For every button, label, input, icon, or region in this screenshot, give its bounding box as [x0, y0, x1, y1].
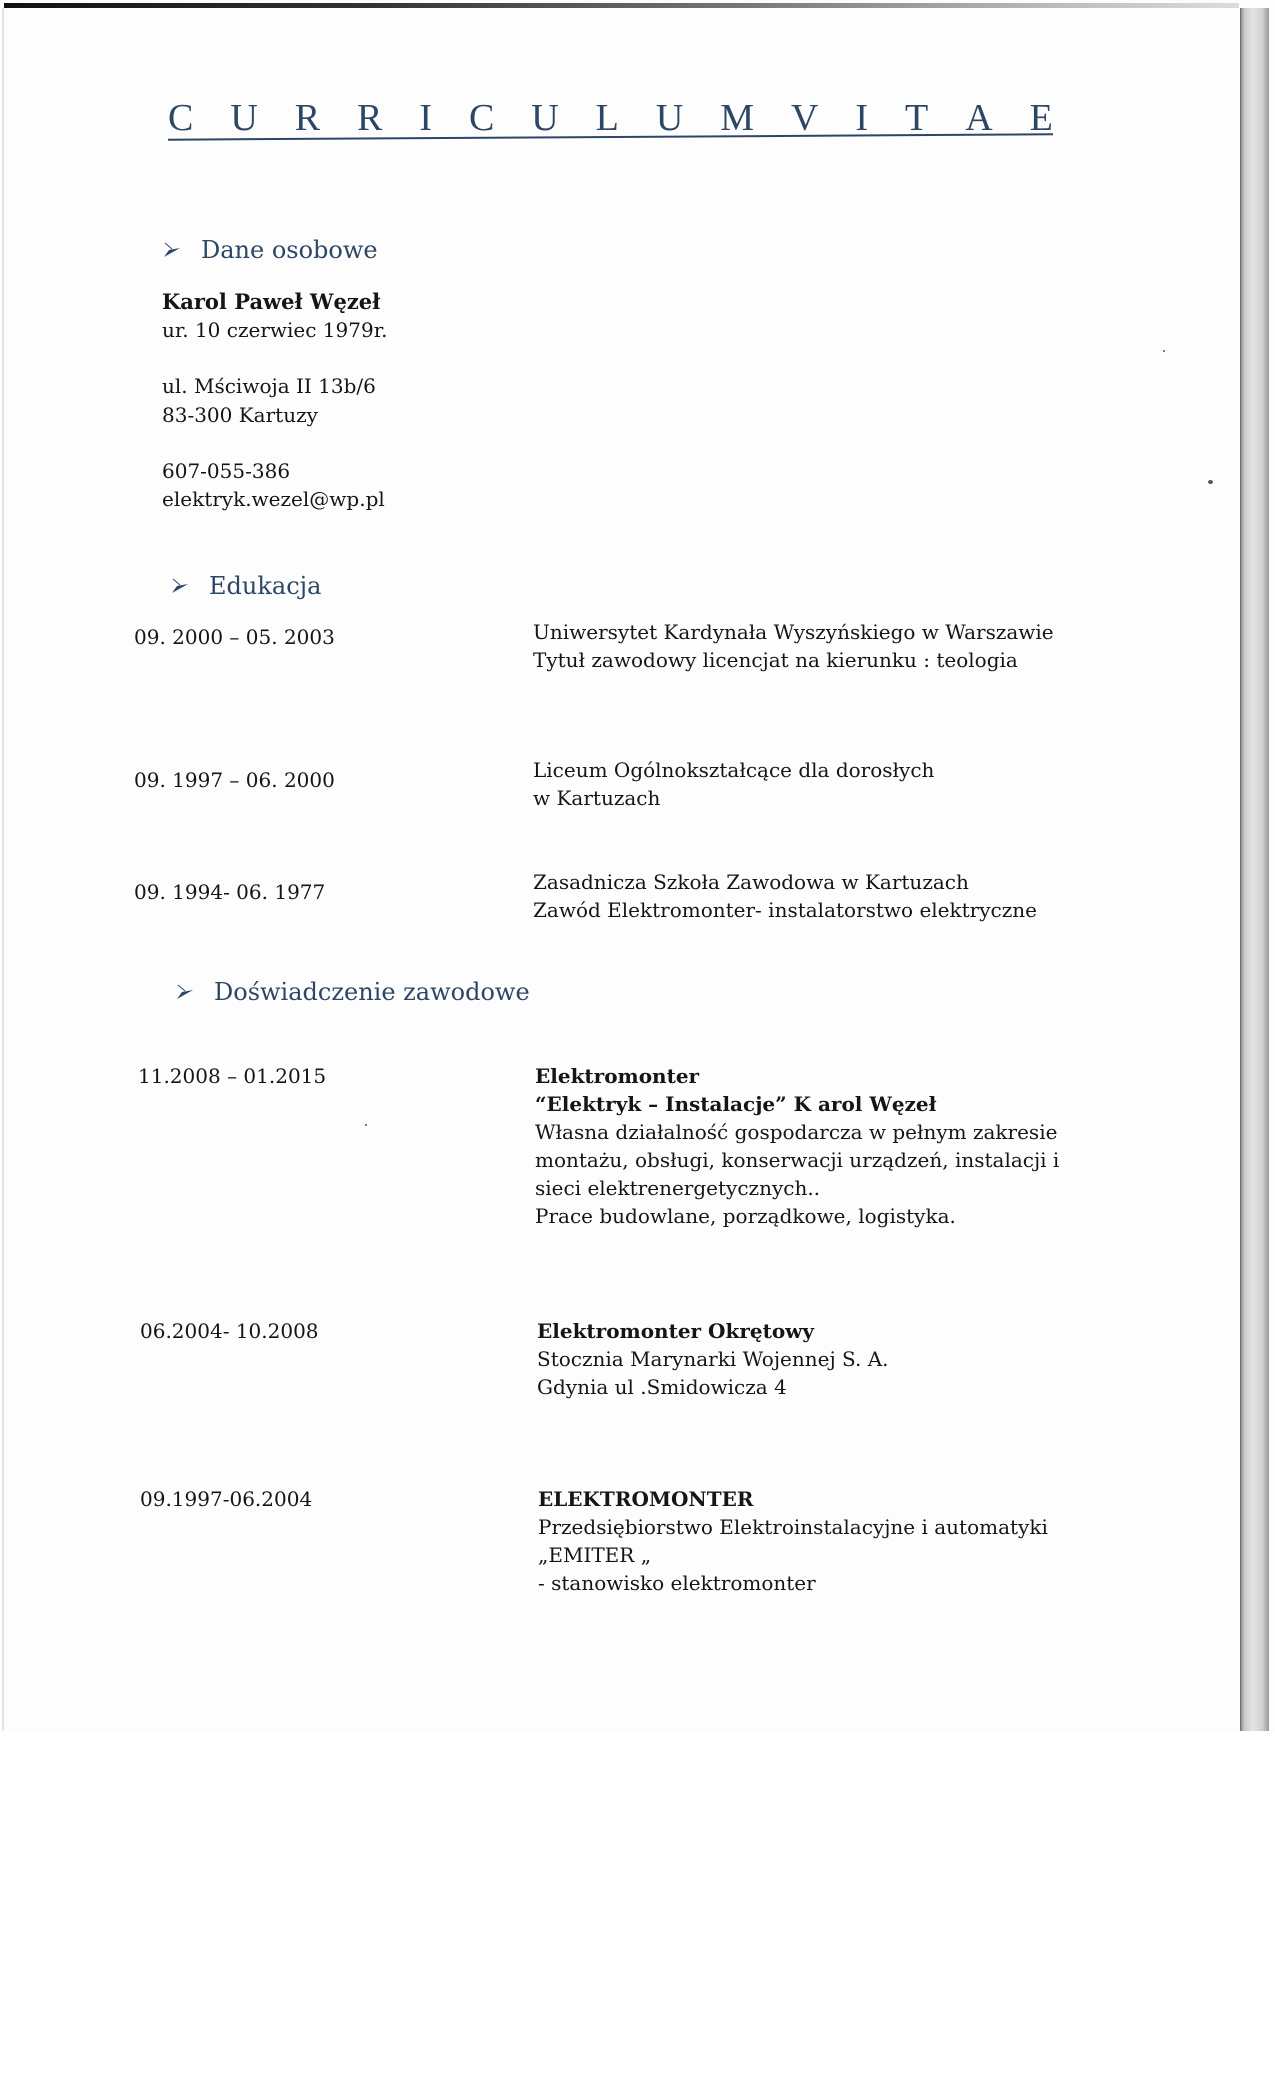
experience-line: „EMITER „: [538, 1541, 1048, 1569]
scan-speck: [365, 1124, 367, 1126]
title-letter: U: [656, 96, 683, 140]
arrow-bullet-icon: [176, 984, 194, 1000]
education-details-1: Liceum Ogólnokształcące dla dorosłych w …: [533, 756, 934, 812]
section-heading-education: Edukacja: [171, 572, 321, 600]
experience-line: Stocznia Marynarki Wojennej S. A.: [537, 1345, 889, 1373]
title-letter: V: [791, 96, 818, 140]
experience-details-0: Elektromonter “Elektryk – Instalacje” K …: [535, 1062, 1059, 1230]
education-line: Uniwersytet Kardynała Wyszyńskiego w War…: [533, 618, 1054, 646]
experience-position: Elektromonter: [535, 1062, 1059, 1090]
section-heading-text: Edukacja: [209, 572, 321, 600]
arrow-bullet-icon: [163, 242, 181, 258]
experience-line: Gdynia ul .Smidowicza 4: [537, 1373, 889, 1401]
education-line: Zawód Elektromonter- instalatorstwo elek…: [533, 896, 1037, 924]
birth-date: ur. 10 czerwiec 1979r.: [162, 316, 387, 344]
experience-line: Prace budowlane, porządkowe, logistyka.: [535, 1202, 1059, 1230]
title-letter: R: [357, 96, 382, 140]
education-dates-1: 09. 1997 – 06. 2000: [134, 766, 335, 794]
arrow-bullet-icon: [171, 578, 189, 594]
education-dates-0: 09. 2000 – 05. 2003: [134, 623, 335, 651]
scanned-page: CURRICULUMVITAE Dane osobowe Karol Paweł…: [0, 0, 1275, 1731]
title-letter: C: [469, 96, 494, 140]
email-address: elektryk.wezel@wp.pl: [162, 485, 385, 513]
education-line: Zasadnicza Szkoła Zawodowa w Kartuzach: [533, 868, 1037, 896]
title-letter: U: [230, 96, 257, 140]
experience-position: ELEKTROMONTER: [538, 1485, 1048, 1513]
education-line: Liceum Ogólnokształcące dla dorosłych: [533, 756, 934, 784]
title-letter: L: [596, 96, 619, 140]
section-heading-text: Doświadczenie zawodowe: [214, 978, 530, 1006]
experience-line: - stanowisko elektromonter: [538, 1569, 1048, 1597]
experience-details-2: ELEKTROMONTER Przedsiębiorstwo Elektroin…: [538, 1485, 1048, 1597]
title-letter: M: [720, 96, 754, 140]
education-line: Tytuł zawodowy licencjat na kierunku : t…: [533, 646, 1054, 674]
experience-line: montażu, obsługi, konserwacji urządzeń, …: [535, 1146, 1059, 1174]
title-letter: U: [531, 96, 558, 140]
experience-line: Przedsiębiorstwo Elektroinstalacyjne i a…: [538, 1513, 1048, 1541]
education-details-0: Uniwersytet Kardynała Wyszyńskiego w War…: [533, 618, 1054, 674]
scan-right-edge-strip: [1240, 8, 1269, 1731]
education-dates-2: 09. 1994- 06. 1977: [134, 878, 325, 906]
scan-speck: [1163, 350, 1165, 352]
section-heading-text: Dane osobowe: [201, 236, 378, 264]
experience-dates-1: 06.2004- 10.2008: [140, 1317, 319, 1345]
experience-position: Elektromonter Okrętowy: [537, 1317, 889, 1345]
section-heading-experience: Doświadczenie zawodowe: [176, 978, 530, 1006]
title-letter: R: [295, 96, 320, 140]
education-line: w Kartuzach: [533, 784, 934, 812]
section-heading-personal: Dane osobowe: [163, 236, 378, 264]
education-details-2: Zasadnicza Szkoła Zawodowa w Kartuzach Z…: [533, 868, 1037, 924]
title-letter: I: [855, 96, 868, 140]
experience-dates-0: 11.2008 – 01.2015: [138, 1062, 326, 1090]
scan-left-edge: [2, 8, 4, 1731]
experience-line: Własna działalność gospodarcza w pełnym …: [535, 1118, 1059, 1146]
title-letter: C: [168, 96, 193, 140]
scan-speck: [1208, 480, 1213, 484]
phone-number: 607-055-386: [162, 457, 290, 485]
experience-details-1: Elektromonter Okrętowy Stocznia Marynark…: [537, 1317, 889, 1401]
address-city: 83-300 Kartuzy: [162, 401, 318, 429]
title-letter: I: [419, 96, 432, 140]
address-street: ul. Mściwoja II 13b/6: [162, 372, 376, 400]
experience-line: sieci elektrenergetycznych..: [535, 1174, 1059, 1202]
experience-dates-2: 09.1997-06.2004: [140, 1485, 312, 1513]
scan-top-edge: [4, 3, 1239, 8]
experience-company: “Elektryk – Instalacje” K arol Węzeł: [535, 1090, 1059, 1118]
person-name: Karol Paweł Węzeł: [162, 288, 380, 316]
